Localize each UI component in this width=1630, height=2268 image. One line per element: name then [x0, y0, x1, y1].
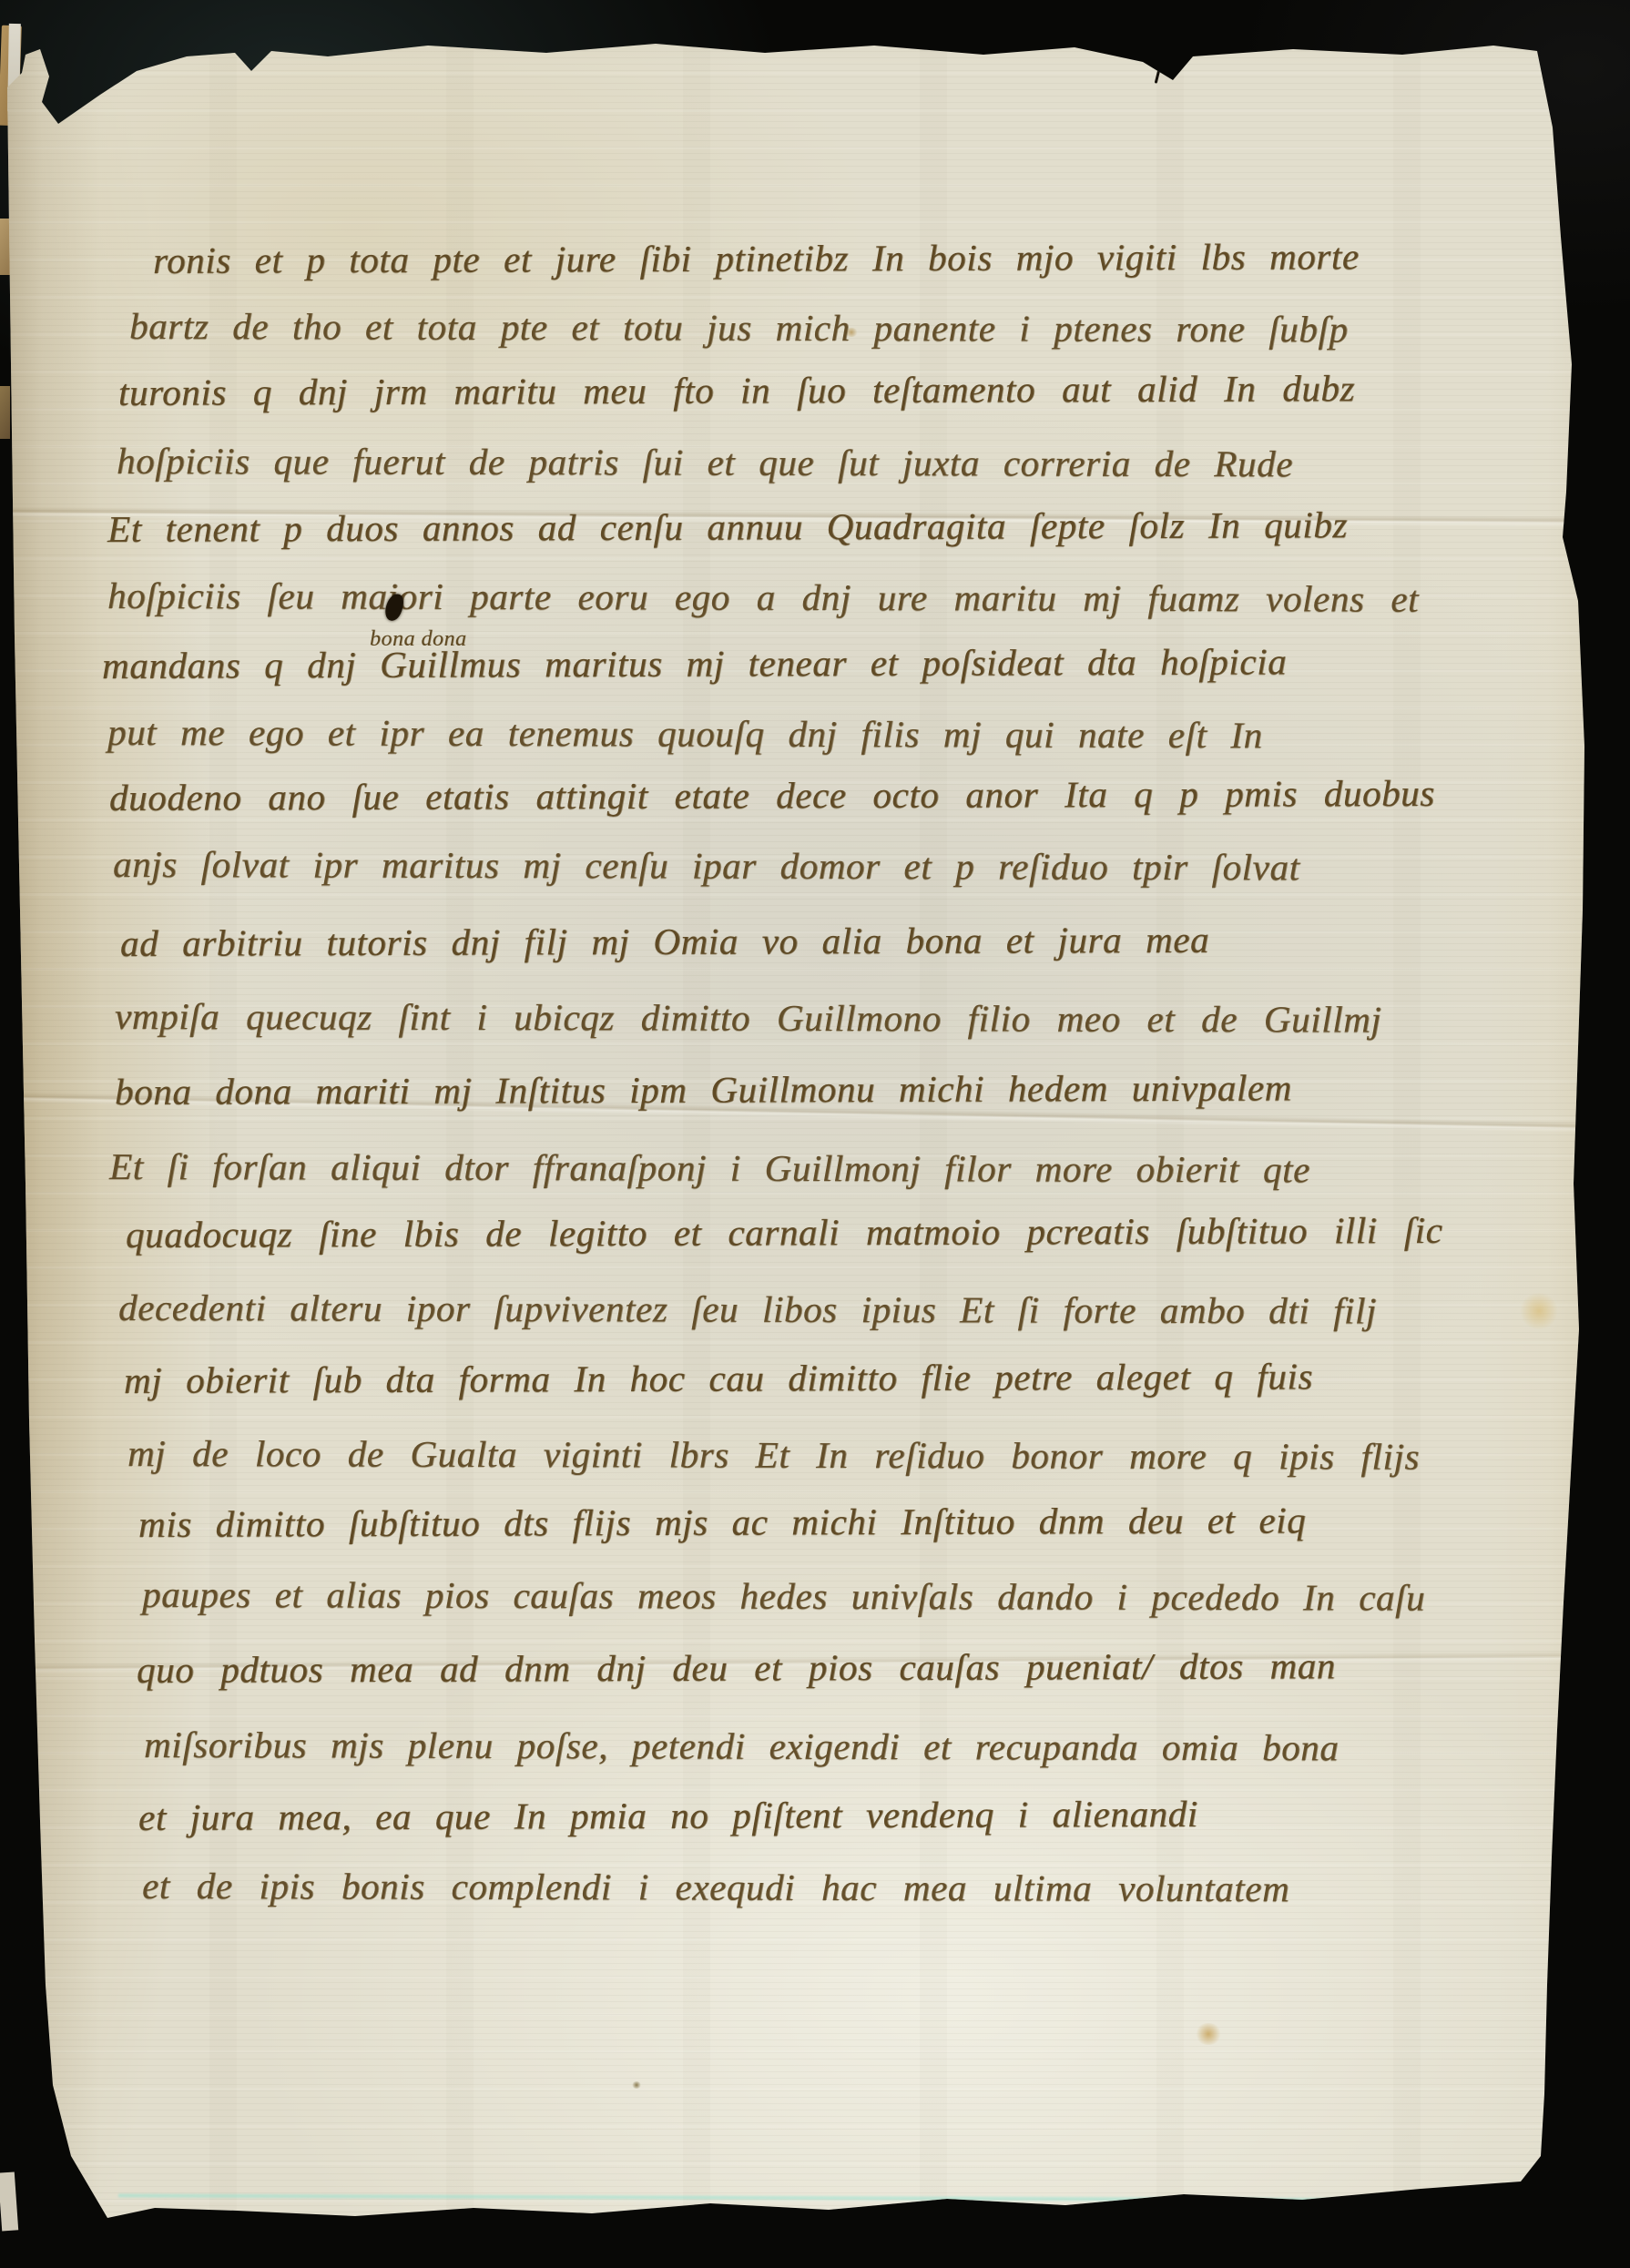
- manuscript-line: quadocuqz ſine lbis de legitto et carnal…: [126, 1212, 1443, 1254]
- manuscript-line: decedenti alteru ipor ſupviventez ſeu li…: [118, 1289, 1377, 1330]
- manuscript-line: bona dona mariti mj Inſtitus ipm Guillmo…: [115, 1069, 1292, 1111]
- manuscript-line: Et ſi forſan aliqui dtor ffranaſponj i G…: [109, 1148, 1310, 1188]
- interlinear-addition: bona dona: [370, 628, 467, 650]
- manuscript-line: ronis et p tota pte et jure ſibi ptineti…: [153, 238, 1360, 280]
- manuscript-line: vmpiſa quecuqz ſint i ubicqz dimitto Gui…: [115, 998, 1381, 1039]
- stain: [1195, 2023, 1222, 2045]
- manuscript-line: mj de loco de Gualta viginti lbrs Et In …: [127, 1435, 1420, 1476]
- manuscript-line: et de ipis bonis complendi i exequdi hac…: [142, 1867, 1289, 1907]
- manuscript-line: et jura mea, ea que In pmia no pſiſtent …: [138, 1795, 1198, 1836]
- manuscript-line: duodeno ano ſue etatis attingit etate de…: [109, 775, 1435, 817]
- manuscript-line: bartz de tho et tota pte et totu jus mic…: [129, 308, 1349, 349]
- binding-stub-bottom: [0, 2171, 18, 2231]
- manuscript-line: turonis q dnj jrm maritu meu fto in ſuo …: [118, 370, 1355, 412]
- manuscript-line: put me ego et ipr ea tenemus quouſq dnj …: [107, 714, 1263, 754]
- manuscript-line: paupes et alias pios cauſas meos hedes u…: [142, 1576, 1425, 1617]
- manuscript-line: hoſpiciis que fuerut de patris ſui et qu…: [117, 442, 1293, 483]
- photograph-background: { "document": { "background_color": "#08…: [0, 0, 1630, 2268]
- scan-edge-fringe: [118, 2193, 1466, 2202]
- manuscript-line: Et tenent p duos annos ad cenſu annuu Qu…: [107, 506, 1348, 548]
- manuscript-line: anjs ſolvat ipr maritus mj cenſu ipar do…: [113, 846, 1300, 886]
- stain: [632, 2081, 641, 2089]
- manuscript-line: mandans q dnj Guillmus maritus mj tenear…: [102, 643, 1287, 685]
- manuscript-line: mj obierit ſub dta forma In hoc cau dimi…: [124, 1358, 1313, 1399]
- manuscript-line: mis dimitto ſubſtituo dts flijs mjs ac m…: [138, 1502, 1306, 1543]
- manuscript-page: ronis et p tota pte et jure ſibi ptineti…: [0, 0, 1630, 2268]
- manuscript-line: miſsoribus mjs plenu poſse, petendi exig…: [144, 1726, 1340, 1766]
- manuscript-line: ad arbitriu tutoris dnj filj mj Omia vo …: [120, 921, 1209, 962]
- manuscript-line: hoſpiciis ſeu maiori parte eoru ego a dn…: [107, 577, 1419, 618]
- stain: [1519, 1293, 1559, 1329]
- binding-stub-lower: [0, 386, 10, 439]
- manuscript-line: quo pdtuos mea ad dnm dnj deu et pios ca…: [137, 1647, 1336, 1689]
- edge-tear: [1155, 51, 1166, 84]
